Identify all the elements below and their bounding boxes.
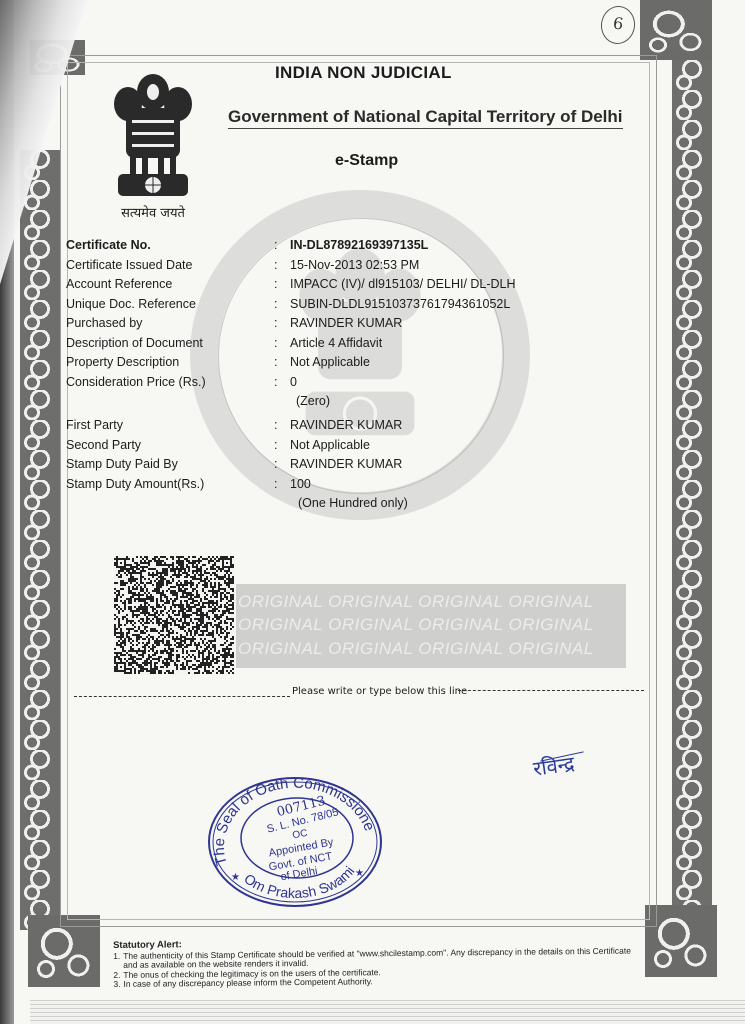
field-label: Stamp Duty Amount(Rs.): [66, 477, 204, 491]
oath-commissioner-seal: The Seal of Oath Commissioner Om Prakash…: [205, 772, 383, 910]
original-watermark-band: ORIGINAL ORIGINAL ORIGINAL ORIGINAL ORIG…: [236, 584, 626, 668]
field-second-party: Second Party : Not Applicable: [66, 438, 586, 457]
field-value: 100: [290, 477, 311, 491]
field-label: Description of Document: [66, 336, 203, 350]
write-below-text: Please write or type below this line: [292, 686, 467, 697]
field-label: Certificate No.: [66, 238, 151, 252]
field-colon: :: [274, 418, 277, 432]
write-below-line: Please write or type below this line: [74, 682, 644, 702]
handwritten-signature: रविन्द्र: [531, 749, 576, 781]
field-value: IMPACC (IV)/ dl915103/ DELHI/ DL-DLH: [290, 277, 516, 291]
field-purchased-by: Purchased by : RAVINDER KUMAR: [66, 316, 586, 335]
field-first-party: First Party : RAVINDER KUMAR: [66, 418, 586, 437]
qr-code: [114, 556, 234, 674]
field-colon: :: [274, 375, 277, 389]
field-value: Not Applicable: [290, 355, 370, 369]
original-watermark-line: ORIGINAL ORIGINAL ORIGINAL ORIGINAL: [238, 615, 594, 635]
statutory-alert: Statutory Alert: 1.The authenticity of t…: [113, 935, 643, 989]
title-government: Government of National Capital Territory…: [228, 107, 623, 129]
dashed-line-right: [458, 690, 644, 691]
dashed-line-left: [74, 696, 290, 697]
field-label: Certificate Issued Date: [66, 258, 192, 272]
field-colon: :: [274, 297, 277, 311]
field-value: RAVINDER KUMAR: [290, 418, 402, 432]
field-value: SUBIN-DLDL91510373761794361052L: [290, 297, 510, 311]
field-unique-doc-reference: Unique Doc. Reference : SUBIN-DLDL915103…: [66, 297, 586, 316]
field-value: RAVINDER KUMAR: [290, 316, 402, 330]
field-value: IN-DL87892169397135L: [290, 238, 428, 252]
title-india-non-judicial: INDIA NON JUDICIAL: [275, 63, 452, 83]
field-value: Article 4 Affidavit: [290, 336, 382, 350]
field-colon: :: [274, 277, 277, 291]
field-label: Account Reference: [66, 277, 172, 291]
field-colon: :: [274, 457, 277, 471]
field-stamp-duty-amount: Stamp Duty Amount(Rs.) : 100: [66, 477, 586, 496]
field-value: Not Applicable: [290, 438, 370, 452]
field-description-of-document: Description of Document : Article 4 Affi…: [66, 336, 586, 355]
field-colon: :: [274, 238, 277, 252]
original-watermark-line: ORIGINAL ORIGINAL ORIGINAL ORIGINAL: [238, 592, 594, 612]
field-colon: :: [274, 438, 277, 452]
field-label: Stamp Duty Paid By: [66, 457, 178, 471]
emblem-motto: सत्यमेव जयते: [107, 203, 199, 221]
field-issued-date: Certificate Issued Date : 15-Nov-2013 02…: [66, 258, 586, 277]
field-property-description: Property Description : Not Applicable: [66, 355, 586, 374]
title-e-stamp: e-Stamp: [335, 152, 398, 170]
field-label: Unique Doc. Reference: [66, 297, 196, 311]
field-consideration-price: Consideration Price (Rs.) : 0: [66, 375, 586, 394]
field-value: 15-Nov-2013 02:53 PM: [290, 258, 419, 272]
stamp-duty-amount-words: (One Hundred only): [298, 496, 408, 510]
field-label: Purchased by: [66, 316, 142, 330]
field-colon: :: [274, 477, 277, 491]
field-stamp-duty-paid-by: Stamp Duty Paid By : RAVINDER KUMAR: [66, 457, 586, 476]
national-emblem-icon: [108, 70, 198, 202]
svg-text:★: ★: [355, 868, 364, 879]
field-label: Property Description: [66, 355, 179, 369]
field-colon: :: [274, 355, 277, 369]
field-label: Second Party: [66, 438, 141, 452]
field-label: First Party: [66, 418, 123, 432]
svg-text:★: ★: [231, 872, 240, 883]
field-certificate-no: Certificate No. : IN-DL87892169397135L: [66, 238, 586, 257]
field-account-reference: Account Reference : IMPACC (IV)/ dl91510…: [66, 277, 586, 296]
field-value: RAVINDER KUMAR: [290, 457, 402, 471]
original-watermark-line: ORIGINAL ORIGINAL ORIGINAL ORIGINAL: [238, 639, 594, 659]
field-value: 0: [290, 375, 297, 389]
field-colon: :: [274, 258, 277, 272]
field-colon: :: [274, 316, 277, 330]
alert-item-text: In case of any discrepancy please inform…: [123, 976, 372, 989]
consideration-price-words: (Zero): [296, 394, 330, 408]
field-colon: :: [274, 336, 277, 350]
svg-text:OC: OC: [292, 828, 309, 841]
handwritten-page-number: 6: [599, 4, 638, 46]
field-label: Consideration Price (Rs.): [66, 375, 206, 389]
